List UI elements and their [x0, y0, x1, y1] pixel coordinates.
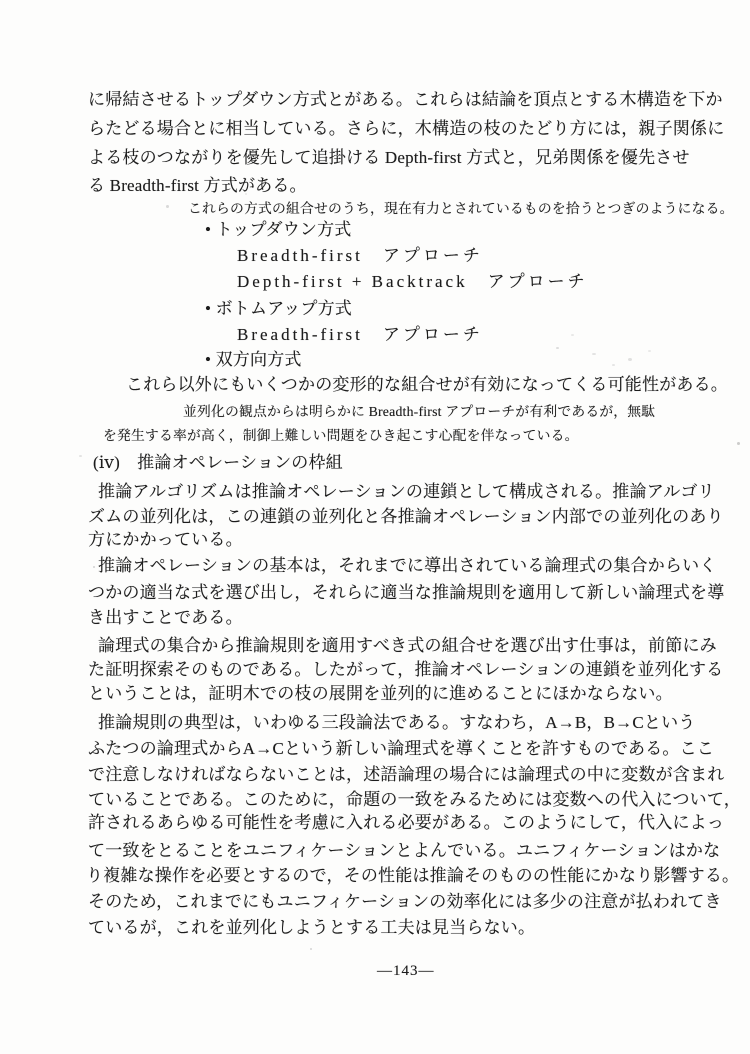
body-line: て一致をとることをユニフィケーションとよんでいる。ユニフィケーションはかな: [88, 841, 720, 860]
scan-speck: [245, 193, 247, 195]
body-line: に帰結させるトップダウン方式とがある。これらは結論を頂点とする木構造を下か: [88, 90, 723, 109]
scanned-document-page: に帰結させるトップダウン方式とがある。これらは結論を頂点とする木構造を下か らた…: [0, 0, 750, 1054]
body-line: 推論アルゴリズムは推論オペレーションの連鎖として構成される。推論アルゴリ: [98, 482, 715, 501]
body-line: 並列化の観点からは明らかに Breadth-first アプローチが有利であるが…: [183, 404, 655, 420]
list-item-bidirectional: • 双方向方式: [205, 350, 302, 369]
scan-speck: [612, 364, 615, 366]
page-number: —143—: [377, 963, 435, 980]
scan-speck: [310, 948, 312, 950]
section-heading-iv: (ⅳ) 推論オペレーションの枠組: [93, 453, 343, 472]
body-line: ということは，証明木での枝の展開を並列的に進めることにほかならない。: [88, 684, 673, 703]
body-line: た証明探索そのものである。したがって，推論オペレーションの連鎖を並列化する: [88, 660, 723, 679]
body-line: ふたつの論理式からA→Cという新しい論理式を導くことを許すものである。ここ: [88, 739, 714, 758]
list-subitem-breadth-first: Breadth-first アプローチ: [237, 246, 483, 265]
body-line: 方にかかっている。: [88, 530, 243, 549]
body-line: 推論規則の典型は，いわゆる三段論法である。すなわち，A→B，B→Cという: [98, 713, 696, 732]
list-subitem-depth-first-backtrack: Depth-first + Backtrack アプローチ: [237, 272, 588, 291]
list-item-bottomup: • ボトムアップ方式: [205, 299, 352, 318]
scan-speck: [737, 442, 740, 445]
scan-speck: [571, 334, 574, 336]
body-line: らたどる場合とに相当している。さらに，木構造の枝のたどり方には，親子関係に: [88, 119, 724, 138]
body-line: これらの方式の組合せのうち，現在有力とされているものを拾うとつぎのようになる。: [188, 201, 734, 217]
list-subitem-breadth-first: Breadth-first アプローチ: [237, 325, 483, 344]
scan-speck: [628, 358, 632, 361]
body-line: つかの適当な式を選び出し，それらに適当な推論規則を適用して新しい論理式を導: [88, 583, 724, 602]
scan-speck: [79, 455, 82, 457]
body-line: ていることである。このために，命題の一致をみるためには変数への代入について，: [88, 790, 741, 809]
body-line: ているが，これを並列化しようとする工夫は見当らない。: [88, 918, 535, 937]
body-line: き出すことである。: [88, 608, 243, 627]
body-line: 推論オペレーションの基本は，それまでに導出されている論理式の集合からいく: [98, 556, 717, 575]
body-line: 論理式の集合から推論規則を適用すべき式の組合せを選び出す仕事は，前節にみ: [98, 636, 717, 655]
scan-speck: [166, 205, 169, 208]
scan-speck: [648, 350, 651, 352]
list-item-topdown: • トップダウン方式: [205, 220, 352, 239]
body-line: る Breadth-first 方式がある。: [88, 176, 307, 195]
body-line: これら以外にもいくつかの変形的な組合せが有効になってくる可能性がある。: [126, 375, 728, 394]
body-line: ズムの並列化は，この連鎖の並列化と各推論オペレーション内部での並列化のあり: [88, 507, 724, 526]
scan-speck: [556, 347, 559, 349]
body-line: よる枝のつながりを優先して追掛ける Depth-first 方式と，兄弟関係を優…: [88, 148, 690, 167]
body-line: を発生する率が高く，制御上難しい問題をひき起こす心配を伴なっている。: [103, 428, 579, 444]
scan-speck: [592, 353, 596, 355]
body-line: り複雑な操作を必要とするので，その性能は推論そのものの性能にかなり影響する。: [86, 866, 739, 885]
scan-speck: [93, 566, 95, 568]
body-line: で注意しなければならないことは，述語論理の場合には論理式の中に変数が含まれ: [88, 765, 724, 784]
body-line: 許されるあらゆる可能性を考慮に入れる必要がある。このようにして，代入によっ: [88, 813, 724, 832]
body-line: そのため，これまでにもユニフィケーションの効率化には多少の注意が払われてき: [88, 892, 722, 911]
